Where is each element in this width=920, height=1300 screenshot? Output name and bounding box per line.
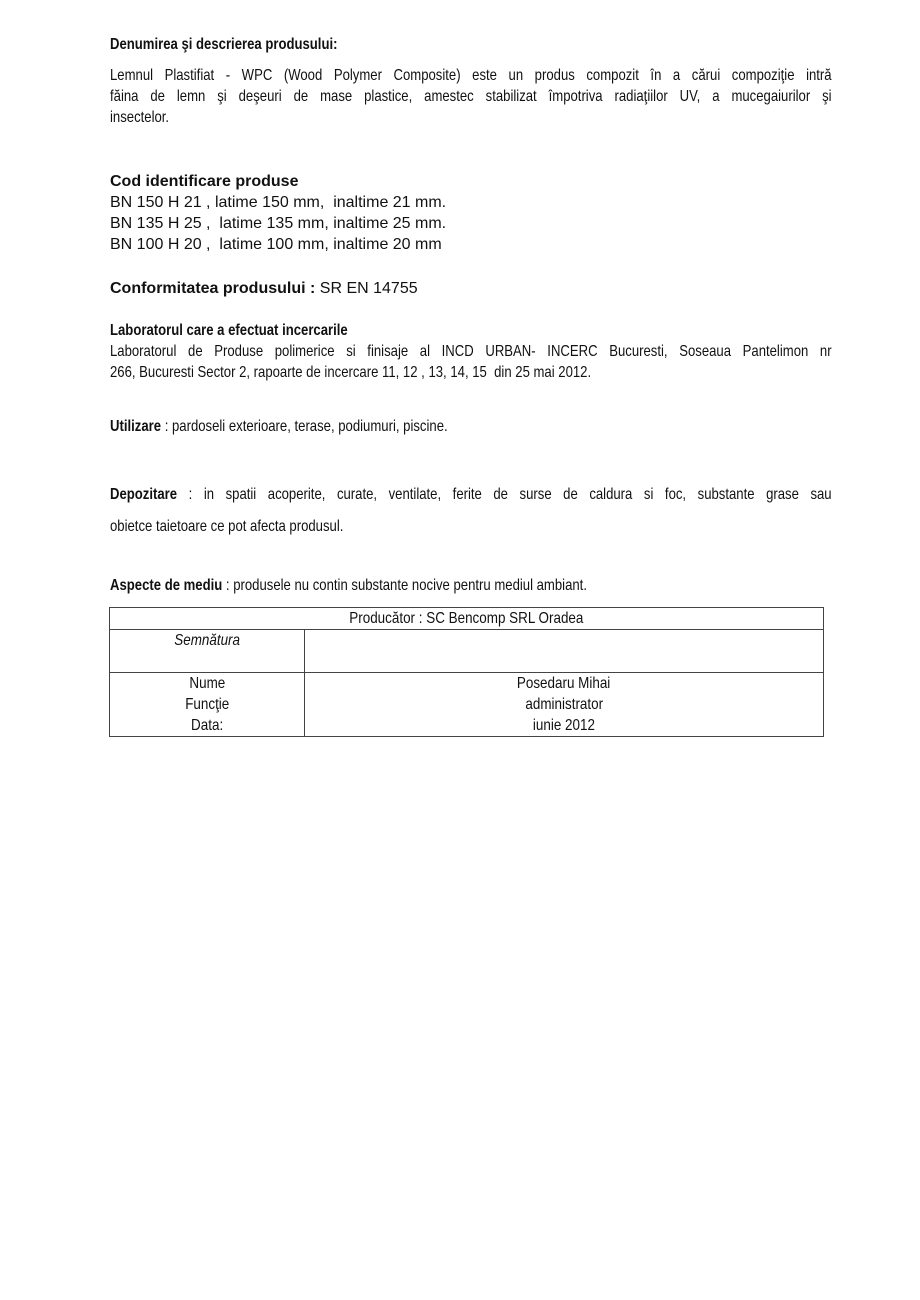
info-label-name: Nume — [189, 673, 225, 694]
environment-label: Aspecte de mediu — [110, 577, 222, 594]
info-label-function: Funcţie — [185, 694, 229, 715]
conformity-value: SR EN 14755 — [315, 280, 417, 297]
environment-section: Aspecte de mediu : produsele nu contin s… — [110, 575, 832, 596]
lab-line: 266, Bucuresti Sector 2, rapoarte de inc… — [110, 362, 832, 383]
conformity-label: Conformitatea produsului : — [110, 280, 315, 297]
storage-label: Depozitare — [110, 486, 177, 503]
usage-label: Utilizare — [110, 418, 161, 435]
signature-row: Semnătura — [110, 630, 824, 673]
section-heading: Denumirea şi descrierea produsului: — [110, 34, 833, 55]
description-line: Lemnul Plastifiat - WPC (Wood Polymer Co… — [110, 65, 832, 86]
storage-text: : in spatii acoperite, curate, ventilate… — [177, 486, 832, 503]
info-value-function: administrator — [525, 694, 603, 715]
title-heading: Denumirea şi descrierea produsului: — [110, 34, 833, 55]
info-labels-cell: Nume Funcţie Data: — [110, 673, 305, 737]
info-value-date: iunie 2012 — [533, 715, 595, 736]
signature-table: Producător : SC Bencomp SRL Oradea Semnă… — [109, 607, 824, 737]
lab-section: Laboratorul care a efectuat incercarile … — [110, 320, 832, 383]
code-item: BN 150 H 21 , latime 150 mm, inaltime 21… — [110, 192, 610, 213]
signature-value-cell — [305, 630, 824, 673]
info-value-name: Posedaru Mihai — [517, 673, 610, 694]
document-page: Denumirea şi descrierea produsului: Lemn… — [0, 0, 920, 1300]
code-item: BN 100 H 20 , latime 100 mm, inaltime 20… — [110, 234, 610, 255]
signature-label-cell: Semnătura — [110, 630, 305, 673]
storage-line: obietce taietoare ce pot afecta produsul… — [110, 511, 832, 543]
lab-line: Laboratorul de Produse polimerice si fin… — [110, 341, 832, 362]
usage-value: : pardoseli exterioare, terase, podiumur… — [161, 418, 448, 435]
info-label-date: Data: — [191, 715, 223, 736]
codes-heading: Cod identificare produse — [110, 171, 610, 192]
description-line: insectelor. — [110, 107, 832, 128]
info-row: Nume Funcţie Data: Posedaru Mihai admini… — [110, 673, 824, 737]
producer-cell: Producător : SC Bencomp SRL Oradea — [110, 608, 824, 630]
product-description: Lemnul Plastifiat - WPC (Wood Polymer Co… — [110, 65, 832, 128]
signature-label: Semnătura — [174, 630, 240, 651]
producer-row: Producător : SC Bencomp SRL Oradea — [110, 608, 824, 630]
conformity-section: Conformitatea produsului : SR EN 14755 — [110, 278, 610, 299]
info-values-cell: Posedaru Mihai administrator iunie 2012 — [305, 673, 824, 737]
usage-section: Utilizare : pardoseli exterioare, terase… — [110, 416, 832, 437]
storage-section: Depozitare : in spatii acoperite, curate… — [110, 479, 832, 543]
product-codes-section: Cod identificare produse BN 150 H 21 , l… — [110, 171, 610, 255]
lab-heading: Laboratorul care a efectuat incercarile — [110, 320, 832, 341]
code-item: BN 135 H 25 , latime 135 mm, inaltime 25… — [110, 213, 610, 234]
environment-value: : produsele nu contin substante nocive p… — [222, 577, 587, 594]
producer-text: Producător : SC Bencomp SRL Oradea — [349, 608, 583, 629]
storage-line: Depozitare : in spatii acoperite, curate… — [110, 479, 832, 511]
description-line: făina de lemn şi deşeuri de mase plastic… — [110, 86, 832, 107]
